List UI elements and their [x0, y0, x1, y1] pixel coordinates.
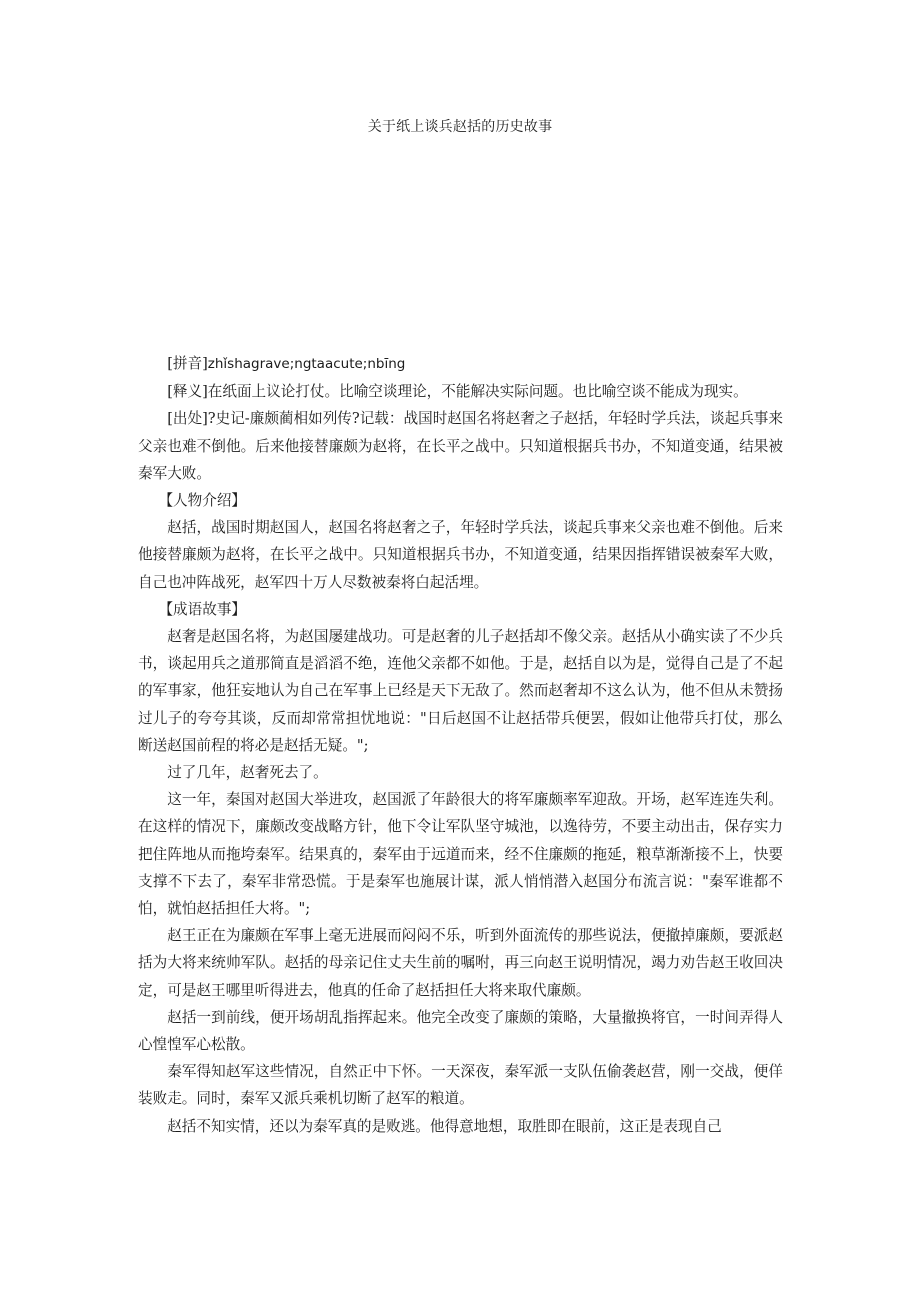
pinyin-label: [拼音] — [167, 355, 208, 372]
document-page: 关于纸上谈兵赵括的历史故事 [拼音]zhǐshagrave;ngtaacute;… — [0, 0, 920, 1302]
story-paragraph: 赵奢是赵国名将，为赵国屡建战功。可是赵奢的儿子赵括却不像父亲。赵括从小确实读了不… — [138, 623, 783, 759]
story-paragraph: 赵括一到前线，便开场胡乱指挥起来。他完全改变了廉颇的策略，大量撤换将官，一时间弄… — [138, 1004, 783, 1058]
story-paragraph: 赵括不知实情，还以为秦军真的是败逃。他得意地想，取胜即在眼前，这正是表现自己 — [138, 1113, 783, 1140]
section-heading-story: 【成语故事】 — [138, 596, 783, 623]
document-body: [拼音]zhǐshagrave;ngtaacute;nbīng [释义]在纸面上… — [138, 350, 783, 1140]
pinyin-value: zhǐshagrave;ngtaacute;nbīng — [208, 356, 406, 372]
story-paragraph: 这一年，秦国对赵国大举进攻，赵国派了年龄很大的将军廉颇率军迎敌。开场，赵军连连失… — [138, 786, 783, 922]
pinyin-paragraph: [拼音]zhǐshagrave;ngtaacute;nbīng — [138, 350, 783, 378]
definition-paragraph: [释义]在纸面上议论打仗。比喻空谈理论，不能解决实际问题。也比喻空谈不能成为现实… — [138, 378, 783, 405]
document-title: 关于纸上谈兵赵括的历史故事 — [0, 117, 920, 137]
story-paragraph: 秦军得知赵军这些情况，自然正中下怀。一天深夜，秦军派一支队伍偷袭赵营，刚一交战，… — [138, 1058, 783, 1112]
story-paragraph: 过了几年，赵奢死去了。 — [138, 759, 783, 786]
source-paragraph: [出处]?史记-廉颇蔺相如列传?记载：战国时赵国名将赵奢之子赵括，年轻时学兵法，… — [138, 405, 783, 487]
story-paragraph: 赵王正在为廉颇在军事上毫无进展而闷闷不乐，听到外面流传的那些说法，便撤掉廉颇，要… — [138, 922, 783, 1004]
people-paragraph: 赵括，战国时期赵国人，赵国名将赵奢之子，年轻时学兵法，谈起兵事来父亲也难不倒他。… — [138, 514, 783, 596]
section-heading-people: 【人物介绍】 — [138, 487, 783, 514]
